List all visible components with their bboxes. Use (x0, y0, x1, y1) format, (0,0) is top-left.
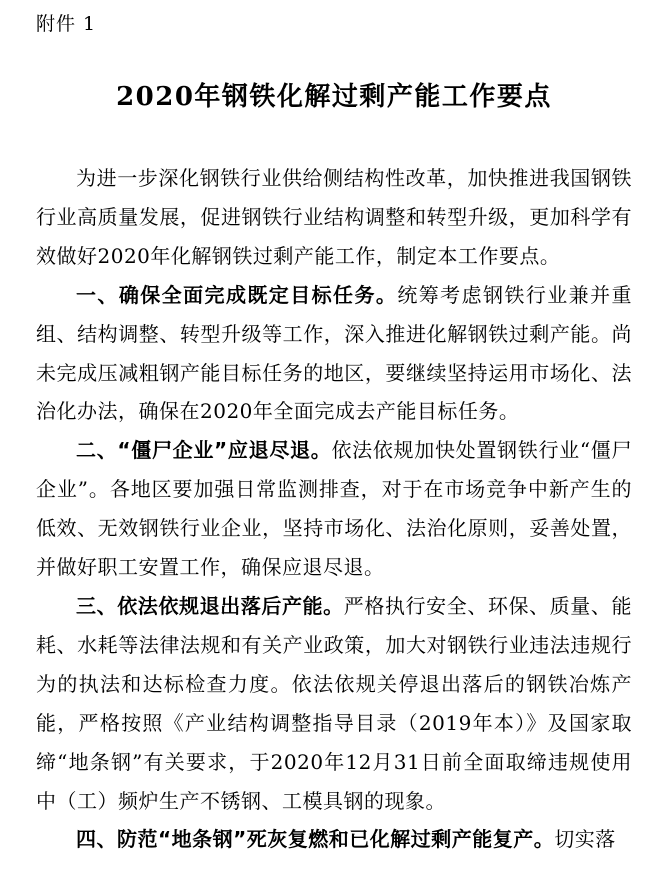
section-2-paragraph: 二、“僵尸企业”应退尽退。依法依规加快处置钢铁行业“僵尸企业”。各地区要加强日常… (36, 431, 632, 587)
intro-paragraph: 为进一步深化钢铁行业供给侧结构性改革，加快推进我国钢铁行业高质量发展，促进钢铁行… (36, 159, 632, 276)
document-body: 为进一步深化钢铁行业供给侧结构性改革，加快推进我国钢铁行业高质量发展，促进钢铁行… (36, 159, 632, 859)
document-page: 附件 1 2020年钢铁化解过剩产能工作要点 为进一步深化钢铁行业供给侧结构性改… (0, 0, 662, 881)
section-3-heading: 三、依法依规退出落后产能。 (76, 594, 344, 618)
section-2-heading: 二、“僵尸企业”应退尽退。 (76, 438, 331, 462)
intro-text: 为进一步深化钢铁行业供给侧结构性改革，加快推进我国钢铁行业高质量发展，促进钢铁行… (36, 166, 632, 268)
section-4-body: 切实落 (554, 827, 616, 851)
section-4-heading: 四、防范“地条钢”死灰复燃和已化解过剩产能复产。 (76, 827, 554, 851)
section-4-paragraph: 四、防范“地条钢”死灰复燃和已化解过剩产能复产。切实落 (36, 820, 632, 859)
section-1-paragraph: 一、确保全面完成既定目标任务。统筹考虑钢铁行业兼并重组、结构调整、转型升级等工作… (36, 276, 632, 432)
section-3-paragraph: 三、依法依规退出落后产能。严格执行安全、环保、质量、能耗、水耗等法律法规和有关产… (36, 587, 632, 820)
document-title: 2020年钢铁化解过剩产能工作要点 (36, 81, 632, 113)
section-1-heading: 一、确保全面完成既定目标任务。 (76, 283, 397, 307)
section-3-body: 严格执行安全、环保、质量、能耗、水耗等法律法规和有关产业政策，加大对钢铁行业违法… (36, 594, 632, 813)
attachment-label: 附件 1 (36, 12, 632, 37)
